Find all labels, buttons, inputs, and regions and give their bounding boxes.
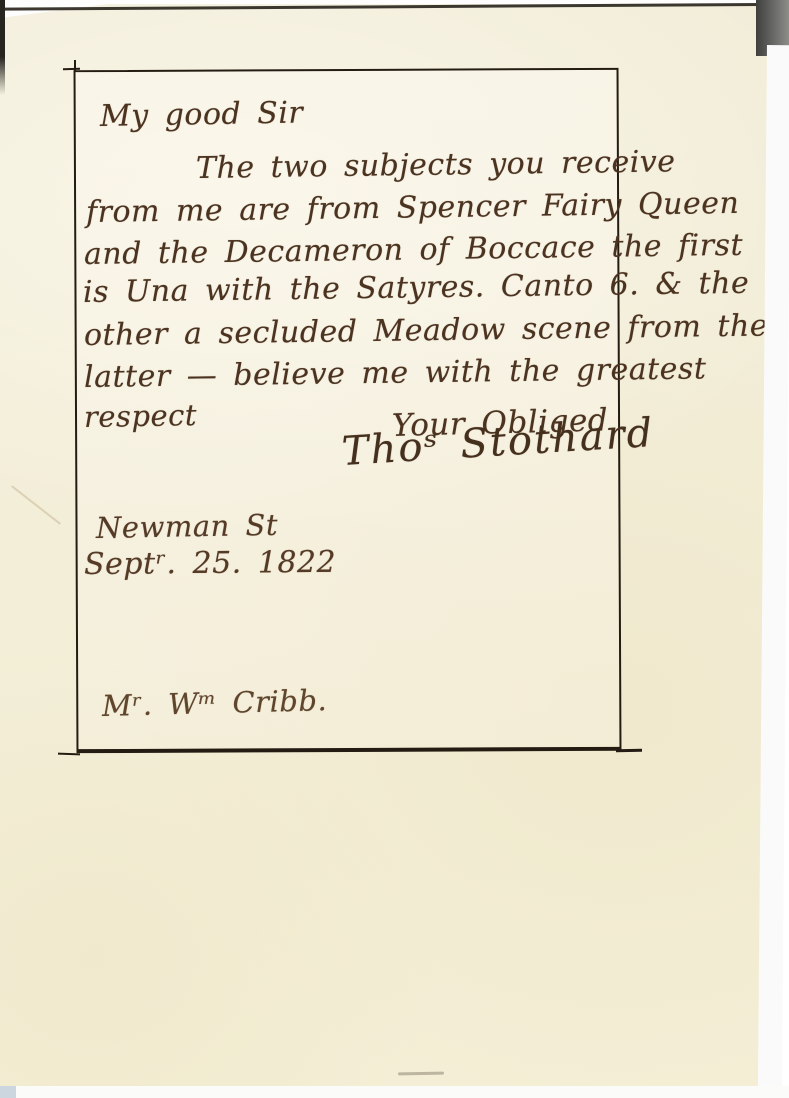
frame-overshoot-bottom-left (58, 753, 80, 756)
frame-overshoot-bottom-right (616, 749, 642, 752)
addressee: Mʳ. Wᵐ Cribb. (102, 686, 328, 721)
scanned-letter: My good Sir The two subjects you receive… (0, 0, 789, 1098)
letter-date: Septʳ. 25. 1822 (84, 548, 336, 580)
letter-page: My good Sir The two subjects you receive… (0, 4, 775, 1087)
scan-edge-bottom-white-strip (0, 1086, 789, 1098)
closing-respect: respect (84, 401, 198, 432)
body-line-4: is Una with the Satyres. Canto 6. & the (83, 269, 750, 308)
body-line-5: other a secluded Meadow scene from the (84, 311, 768, 351)
salutation: My good Sir (100, 98, 304, 132)
paper-crease-mark (11, 485, 61, 525)
body-line-6: latter — believe me with the greatest (84, 354, 707, 393)
body-line-3: and the Decameron of Boccace the first (84, 231, 743, 270)
scan-edge-bottom-left-nub (0, 1086, 16, 1098)
body-line-1: The two subjects you receive (196, 147, 676, 184)
sender-address: Newman St (96, 511, 279, 543)
pencil-dash-mark (398, 1072, 444, 1076)
scan-edge-left-dark-sliver (0, 0, 5, 95)
body-line-2: from me are from Spencer Fairy Queen (86, 189, 740, 228)
frame-overshoot-top-left-vertical (74, 60, 76, 72)
